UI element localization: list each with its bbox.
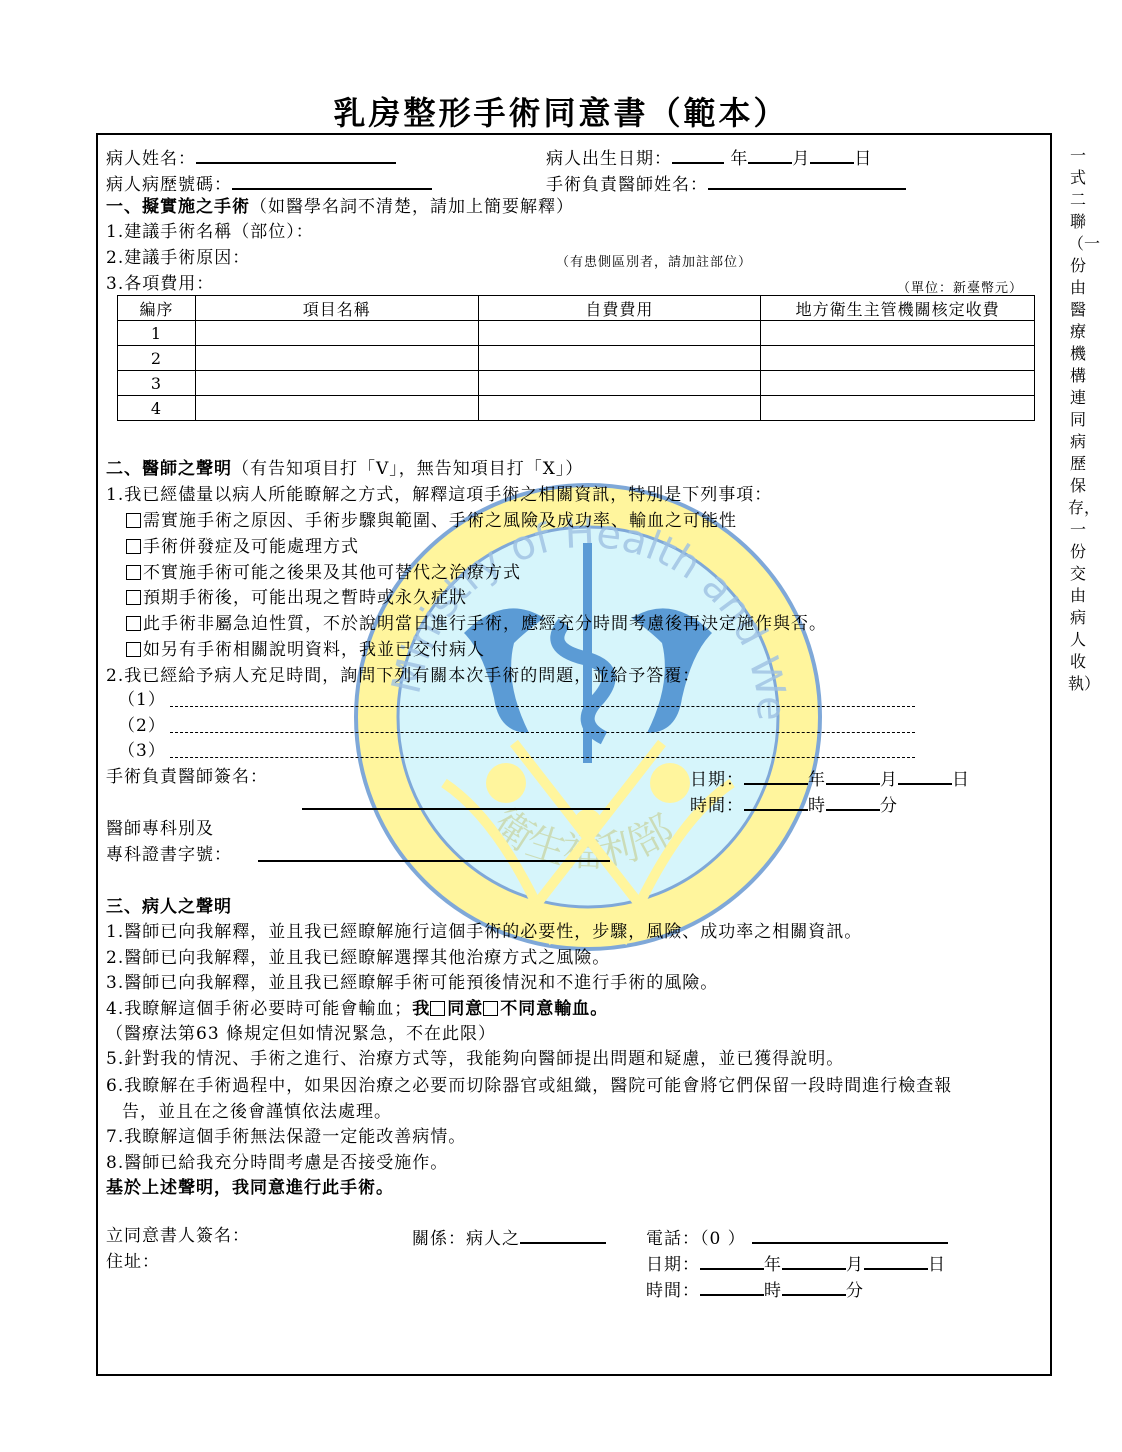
day-label: 日 — [952, 770, 970, 790]
patient-statement-6-cont: 告，並且在之後會謹慎依法處理。 — [122, 1102, 392, 1122]
section1-note: （如醫學名詞不清楚，請加上簡要解釋） — [250, 197, 574, 217]
doctor-statement-1: 1.我已經儘量以病人所能瞭解之方式，解釋這項手術之相關資訊，特別是下列事項： — [106, 485, 772, 505]
specialty-label-1: 醫師專科別及 — [106, 819, 214, 839]
self-pay-cell[interactable] — [478, 371, 761, 396]
relation-line[interactable] — [520, 1226, 606, 1244]
doctor-name-line[interactable] — [708, 172, 906, 190]
birthdate-field[interactable]: 病人出生日期： 年月日 — [546, 146, 872, 169]
question-1-line[interactable] — [170, 706, 915, 707]
date-day-line[interactable] — [864, 1252, 928, 1270]
page-title: 乳房整形手術同意書（範本） — [0, 88, 1122, 134]
copy-instruction-note: 一式二聯（一份由醫療機構連同病歷保存，一份交由病人收執） — [1068, 145, 1088, 695]
agree-label: 同意 — [447, 999, 483, 1019]
checklist-label: 此手術非屬急迫性質，不於說明當日進行手術，應經充分時間考慮後再決定施作與否。 — [143, 614, 827, 634]
checklist-item[interactable]: 不實施手術可能之後果及其他可替代之治療方式 — [126, 563, 521, 583]
checklist-item[interactable]: 預期手術後，可能出現之暫時或永久症狀 — [126, 588, 467, 608]
self-pay-cell[interactable] — [478, 396, 761, 421]
doctor-name-field[interactable]: 手術負責醫師姓名： — [546, 172, 906, 195]
table-row: 1 — [118, 321, 1035, 346]
specialty-cert-line[interactable] — [258, 860, 610, 862]
checklist-item[interactable]: 此手術非屬急迫性質，不於說明當日進行手術，應經充分時間考慮後再決定施作與否。 — [126, 614, 827, 634]
section1-title: 一、擬實施之手術 — [106, 197, 250, 217]
consent-conclusion: 基於上述聲明，我同意進行此手術。 — [106, 1178, 394, 1198]
hour-label: 時 — [808, 796, 826, 816]
time-label: 時間： — [690, 796, 744, 816]
checklist-item[interactable]: 如另有手術相關說明資料，我並已交付病人 — [126, 640, 485, 660]
time-hour-line[interactable] — [744, 793, 808, 811]
time-label: 時間： — [646, 1281, 700, 1301]
checklist-label: 手術併發症及可能處理方式 — [143, 537, 359, 557]
date-label: 日期： — [690, 770, 744, 790]
hour-label: 時 — [764, 1281, 782, 1301]
col-header-item: 項目名稱 — [195, 296, 478, 321]
table-row: 2 — [118, 346, 1035, 371]
col-header-approved-fee: 地方衛生主管機關核定收費 — [761, 296, 1035, 321]
patient-statement-8: 8.醫師已給我充分時間考慮是否接受施作。 — [106, 1153, 448, 1173]
fees-table-header: 編序 項目名稱 自費費用 地方衛生主管機關核定收費 — [118, 296, 1035, 321]
table-row: 3 — [118, 371, 1035, 396]
record-no-line[interactable] — [232, 172, 432, 190]
phone-field[interactable]: 電話：（0 ） — [646, 1226, 948, 1249]
question-3-line[interactable] — [170, 757, 915, 758]
phone-label: 電話：（0 ） — [646, 1229, 746, 1249]
minute-label: 分 — [846, 1281, 864, 1301]
section2-note: （有告知項目打「V」，無告知項目打「X」） — [232, 459, 583, 479]
self-pay-cell[interactable] — [478, 321, 761, 346]
date-year-line[interactable] — [744, 767, 808, 785]
row-no: 3 — [118, 371, 196, 396]
relation-field[interactable]: 關係：病人之 — [412, 1226, 606, 1249]
birth-month-line[interactable] — [748, 146, 792, 164]
checkbox[interactable] — [126, 539, 141, 554]
item-cell[interactable] — [195, 346, 478, 371]
checkbox[interactable] — [126, 616, 141, 631]
row-no: 4 — [118, 396, 196, 421]
day-label: 日 — [854, 149, 872, 169]
fees-table: 編序 項目名稱 自費費用 地方衛生主管機關核定收費 1 2 3 4 — [117, 295, 1035, 421]
signer-time-field[interactable]: 時間：時分 — [646, 1278, 864, 1301]
patient-statement-3: 3.醫師已向我解釋，並且我已經瞭解手術可能預後情況和不進行手術的風險。 — [106, 973, 718, 993]
patient-name-field[interactable]: 病人姓名： — [106, 146, 396, 169]
minute-label: 分 — [880, 796, 898, 816]
checklist-item[interactable]: 需實施手術之原因、手術步驟與範圍、手術之風險及成功率、輸血之可能性 — [126, 511, 737, 531]
section1-heading: 一、擬實施之手術（如醫學名詞不清楚，請加上簡要解釋） — [106, 197, 574, 217]
checklist-item[interactable]: 手術併發症及可能處理方式 — [126, 537, 359, 557]
agree-checkbox[interactable] — [430, 1001, 445, 1016]
time-hour-line[interactable] — [700, 1278, 764, 1296]
date-label: 日期： — [646, 1255, 700, 1275]
checklist-label: 預期手術後，可能出現之暫時或永久症狀 — [143, 588, 467, 608]
currency-unit-note: （單位：新臺幣元） — [897, 277, 1023, 296]
question-number: （2） — [118, 716, 166, 736]
phone-line[interactable] — [752, 1226, 948, 1244]
patient-name-label: 病人姓名： — [106, 149, 196, 169]
year-label: 年 — [764, 1255, 782, 1275]
record-no-label: 病人病歷號碼： — [106, 175, 232, 195]
birth-day-line[interactable] — [810, 146, 854, 164]
patient-statement-4: 4.我瞭解這個手術必要時可能會輸血；我同意不同意輸血。 — [106, 999, 608, 1019]
month-label: 月 — [880, 770, 898, 790]
patient-statement-5: 5.針對我的情況、手術之進行、治療方式等，我能夠向醫師提出問題和疑慮，並已獲得說… — [106, 1049, 844, 1069]
surgery-reason-label: 2.建議手術原因： — [106, 248, 250, 268]
time-minute-line[interactable] — [782, 1278, 846, 1296]
specialty-label-2: 專科證書字號： — [106, 845, 232, 865]
checklist-label: 需實施手術之原因、手術步驟與範圍、手術之風險及成功率、輸血之可能性 — [143, 511, 737, 531]
question-2-line[interactable] — [170, 732, 915, 733]
col-header-no: 編序 — [118, 296, 196, 321]
checkbox[interactable] — [126, 590, 141, 605]
col-header-self-pay: 自費費用 — [478, 296, 761, 321]
doctor-name-label: 手術負責醫師姓名： — [546, 175, 708, 195]
address-label: 住址： — [106, 1252, 160, 1272]
transfusion-text: 4.我瞭解這個手術必要時可能會輸血； — [106, 999, 412, 1019]
signer-date-field[interactable]: 日期：年月日 — [646, 1252, 946, 1275]
transfusion-me: 我 — [412, 999, 430, 1019]
doctor-time-field[interactable]: 時間：時分 — [690, 793, 898, 816]
birth-year-line[interactable] — [672, 146, 724, 164]
time-minute-line[interactable] — [826, 793, 880, 811]
patient-statement-1: 1.醫師已向我解釋，並且我已經瞭解施行這個手術的必要性，步驟，風險、成功率之相關… — [106, 922, 862, 942]
year-label: 年 — [808, 770, 826, 790]
approved-fee-cell[interactable] — [761, 321, 1035, 346]
doctor-statement-2: 2.我已經給予病人充足時間，詢問下列有關本次手術的問題，並給予答覆： — [106, 666, 700, 686]
section2-heading: 二、醫師之聲明（有告知項目打「V」，無告知項目打「X」） — [106, 459, 583, 479]
patient-statement-6: 6.我瞭解在手術過程中，如果因治療之必要而切除器官或組織，醫院可能會將它們保留一… — [106, 1076, 952, 1096]
record-no-field[interactable]: 病人病歷號碼： — [106, 172, 432, 195]
item-cell[interactable] — [195, 396, 478, 421]
question-number: （1） — [118, 690, 166, 710]
doctor-signature-line[interactable] — [302, 808, 610, 810]
signer-label: 立同意書人簽名： — [106, 1226, 250, 1246]
table-row: 4 — [118, 396, 1035, 421]
date-month-line[interactable] — [782, 1252, 846, 1270]
transfusion-law-note: （醫療法第63 條規定但如情況緊急，不在此限） — [106, 1024, 496, 1044]
approved-fee-cell[interactable] — [761, 346, 1035, 371]
approved-fee-cell[interactable] — [761, 371, 1035, 396]
self-pay-cell[interactable] — [478, 346, 761, 371]
section3-heading: 三、病人之聲明 — [106, 897, 232, 917]
row-no: 1 — [118, 321, 196, 346]
checkbox[interactable] — [126, 513, 141, 528]
checklist-label: 如另有手術相關說明資料，我並已交付病人 — [143, 640, 485, 660]
birthdate-label: 病人出生日期： — [546, 149, 672, 169]
disagree-label: 不同意輸血。 — [500, 999, 608, 1019]
surgery-name-label: 1.建議手術名稱（部位）： — [106, 222, 314, 242]
doctor-date-field[interactable]: 日期：年月日 — [690, 767, 970, 790]
year-label: 年 — [730, 149, 748, 169]
date-year-line[interactable] — [700, 1252, 764, 1270]
month-label: 月 — [846, 1255, 864, 1275]
section2-title: 二、醫師之聲明 — [106, 459, 232, 479]
checkbox[interactable] — [126, 642, 141, 657]
doctor-signature-label: 手術負責醫師簽名： — [106, 767, 268, 787]
month-label: 月 — [792, 149, 810, 169]
disagree-checkbox[interactable] — [483, 1001, 498, 1016]
checkbox[interactable] — [126, 565, 141, 580]
item-cell[interactable] — [195, 371, 478, 396]
day-label: 日 — [928, 1255, 946, 1275]
side-note: （有患側區別者，請加註部位） — [556, 251, 752, 270]
fees-label: 3.各項費用： — [106, 274, 214, 294]
patient-statement-2: 2.醫師已向我解釋，並且我已經瞭解選擇其他治療方式之風險。 — [106, 948, 610, 968]
row-no: 2 — [118, 346, 196, 371]
question-number: （3） — [118, 741, 166, 761]
checklist-label: 不實施手術可能之後果及其他可替代之治療方式 — [143, 563, 521, 583]
item-cell[interactable] — [195, 321, 478, 346]
patient-statement-7: 7.我瞭解這個手術無法保證一定能改善病情。 — [106, 1127, 466, 1147]
relation-label: 關係：病人之 — [412, 1229, 520, 1249]
approved-fee-cell[interactable] — [761, 396, 1035, 421]
date-day-line[interactable] — [898, 767, 952, 785]
patient-name-line[interactable] — [196, 146, 396, 164]
date-month-line[interactable] — [826, 767, 880, 785]
